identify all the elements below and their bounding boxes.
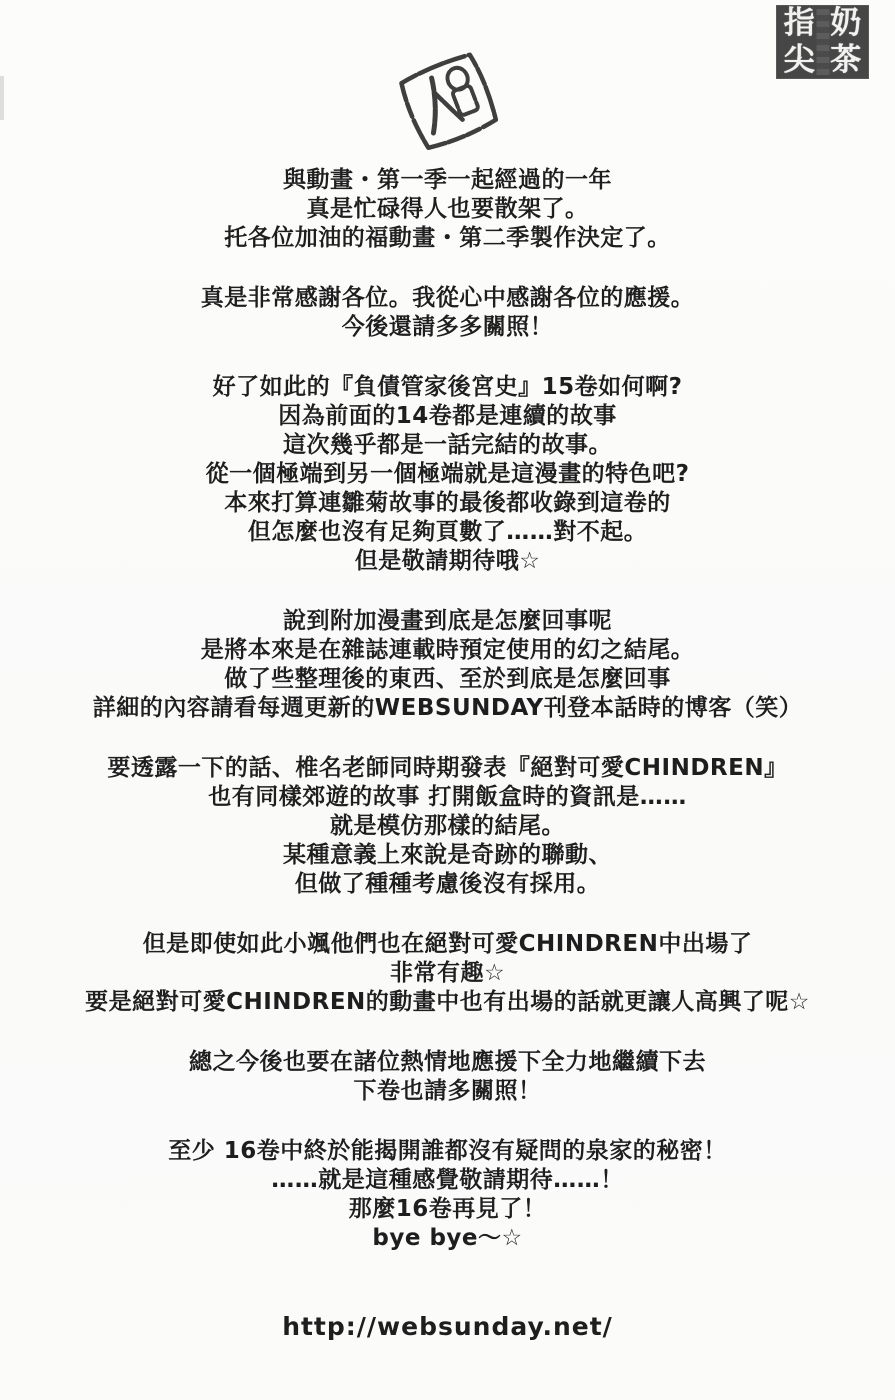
- watermark-center-strip: [816, 9, 829, 74]
- text-line: 今後還請多多關照！: [0, 313, 895, 342]
- afterword-paragraph: 總之今後也要在諸位熱情地應援下全力地繼續下去下卷也請多關照！: [0, 1048, 895, 1106]
- watermark-char: 奶: [830, 8, 861, 39]
- text-line: 是將本來是在雜誌連載時預定使用的幻之結尾。: [0, 636, 895, 665]
- scanned-manga-page: 指 奶 尖 茶 與動畫・第一季一起經過的一年真是忙碌得人也要散架了。托各位加油的…: [0, 0, 895, 1400]
- text-line: 做了些整理後的東西、至於到底是怎麼回事: [0, 665, 895, 694]
- text-line: 但是敬請期待哦☆: [0, 547, 895, 576]
- text-line: 真是非常感謝各位。我從心中感謝各位的應援。: [0, 284, 895, 313]
- text-line: 真是忙碌得人也要散架了。: [0, 195, 895, 224]
- text-line: 總之今後也要在諸位熱情地應援下全力地繼續下去: [0, 1048, 895, 1077]
- text-line: 因為前面的14卷都是連續的故事: [0, 402, 895, 431]
- scanlation-watermark: 指 奶 尖 茶: [776, 5, 869, 79]
- text-line: 那麼16卷再見了！: [0, 1195, 895, 1224]
- text-line: 要是絕對可愛CHINDREN的動畫中也有出場的話就更讓人高興了呢☆: [0, 988, 895, 1017]
- text-line: 要透露一下的話、椎名老師同時期發表『絕對可愛CHINDREN』: [0, 754, 895, 783]
- text-line: 詳細的內容請看每週更新的WEBSUNDAY刊登本話時的博客（笑）: [0, 694, 895, 723]
- text-line: 下卷也請多關照！: [0, 1077, 895, 1106]
- text-line: 從一個極端到另一個極端就是這漫畫的特色吧?: [0, 460, 895, 489]
- scan-edge-artifact: [0, 76, 4, 120]
- text-line: 至少 16卷中終於能揭開誰都沒有疑問的泉家的秘密！: [0, 1137, 895, 1166]
- text-line: 就是模仿那樣的結尾。: [0, 812, 895, 841]
- afterword-paragraph: 說到附加漫畫到底是怎麼回事呢是將本來是在雜誌連載時預定使用的幻之結尾。做了些整理…: [0, 607, 895, 723]
- text-line: 但做了種種考慮後沒有採用。: [0, 870, 895, 899]
- text-line: 與動畫・第一季一起經過的一年: [0, 166, 895, 195]
- text-line: 本來打算連雛菊故事的最後都收錄到這卷的: [0, 489, 895, 518]
- text-line: 托各位加油的福動畫・第二季製作決定了。: [0, 224, 895, 253]
- text-line: 這次幾乎都是一話完結的故事。: [0, 431, 895, 460]
- watermark-char: 尖: [784, 45, 815, 76]
- text-line: ……就是這種感覺敬請期待……！: [0, 1166, 895, 1195]
- text-line: 也有同樣郊遊的故事 打開飯盒時的資訊是……: [0, 783, 895, 812]
- afterword-paragraph: 至少 16卷中終於能揭開誰都沒有疑問的泉家的秘密！……就是這種感覺敬請期待……！…: [0, 1137, 895, 1253]
- artist-seal-stamp-icon: [390, 48, 516, 158]
- afterword-paragraph: 好了如此的『負債管家後宮史』15卷如何啊?因為前面的14卷都是連續的故事這次幾乎…: [0, 373, 895, 576]
- afterword-paragraph: 與動畫・第一季一起經過的一年真是忙碌得人也要散架了。托各位加油的福動畫・第二季製…: [0, 166, 895, 253]
- text-line: 某種意義上來說是奇跡的聯動、: [0, 841, 895, 870]
- text-line: 但是即使如此小颯他們也在絕對可愛CHINDREN中出場了: [0, 930, 895, 959]
- text-line: 說到附加漫畫到底是怎麼回事呢: [0, 607, 895, 636]
- website-url: http://websunday.net/: [0, 1312, 895, 1341]
- text-line: 非常有趣☆: [0, 959, 895, 988]
- afterword-text: 與動畫・第一季一起經過的一年真是忙碌得人也要散架了。托各位加油的福動畫・第二季製…: [0, 166, 895, 1284]
- text-line: bye bye～☆: [0, 1224, 895, 1253]
- watermark-char: 茶: [830, 45, 861, 76]
- text-line: 但怎麼也沒有足夠頁數了……對不起。: [0, 518, 895, 547]
- afterword-paragraph: 但是即使如此小颯他們也在絕對可愛CHINDREN中出場了非常有趣☆要是絕對可愛C…: [0, 930, 895, 1017]
- watermark-char: 指: [784, 8, 815, 39]
- afterword-paragraph: 真是非常感謝各位。我從心中感謝各位的應援。今後還請多多關照！: [0, 284, 895, 342]
- text-line: 好了如此的『負債管家後宮史』15卷如何啊?: [0, 373, 895, 402]
- afterword-paragraph: 要透露一下的話、椎名老師同時期發表『絕對可愛CHINDREN』也有同樣郊遊的故事…: [0, 754, 895, 899]
